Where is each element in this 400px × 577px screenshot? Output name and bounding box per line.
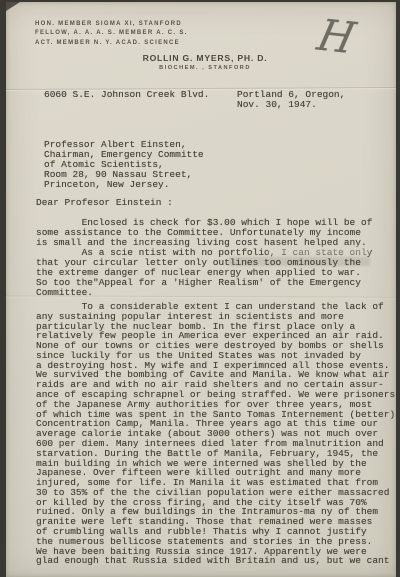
letter-paper: HON. MEMBER SIGMA XI, STANFORD FELLOW, A…	[6, 2, 396, 577]
sender-address: 6060 S.E. Johnson Creek Blvd.	[44, 90, 209, 100]
body-paragraph-3: To a considerable extent I can understan…	[36, 302, 400, 566]
letterhead-field: BIOCHEM. , STANFORD	[105, 65, 305, 71]
salutation: Dear Profesor Einstein :	[36, 198, 173, 208]
letterhead-memberships: HON. MEMBER SIGMA XI, STANFORD FELLOW, A…	[35, 20, 188, 48]
body-paragraph-2: As a scie ntist with no portfolio, I can…	[36, 248, 400, 298]
paper-corner-shade	[6, 2, 20, 11]
letter-photo: HON. MEMBER SIGMA XI, STANFORD FELLOW, A…	[0, 0, 400, 577]
body-paragraph-1: Enclosed is check for $3.00 which I hope…	[36, 218, 400, 248]
faded-text-patch	[268, 246, 370, 255]
recipient-block: Professor Albert Einsten, Chairman, Emer…	[44, 140, 204, 190]
overstrike-smudge	[228, 257, 370, 266]
letter-date: Nov. 30, 1947.	[237, 100, 317, 110]
letterhead-name: ROLLIN G. MYERS, PH. D.	[105, 53, 305, 63]
handwritten-mark: H	[308, 10, 364, 63]
